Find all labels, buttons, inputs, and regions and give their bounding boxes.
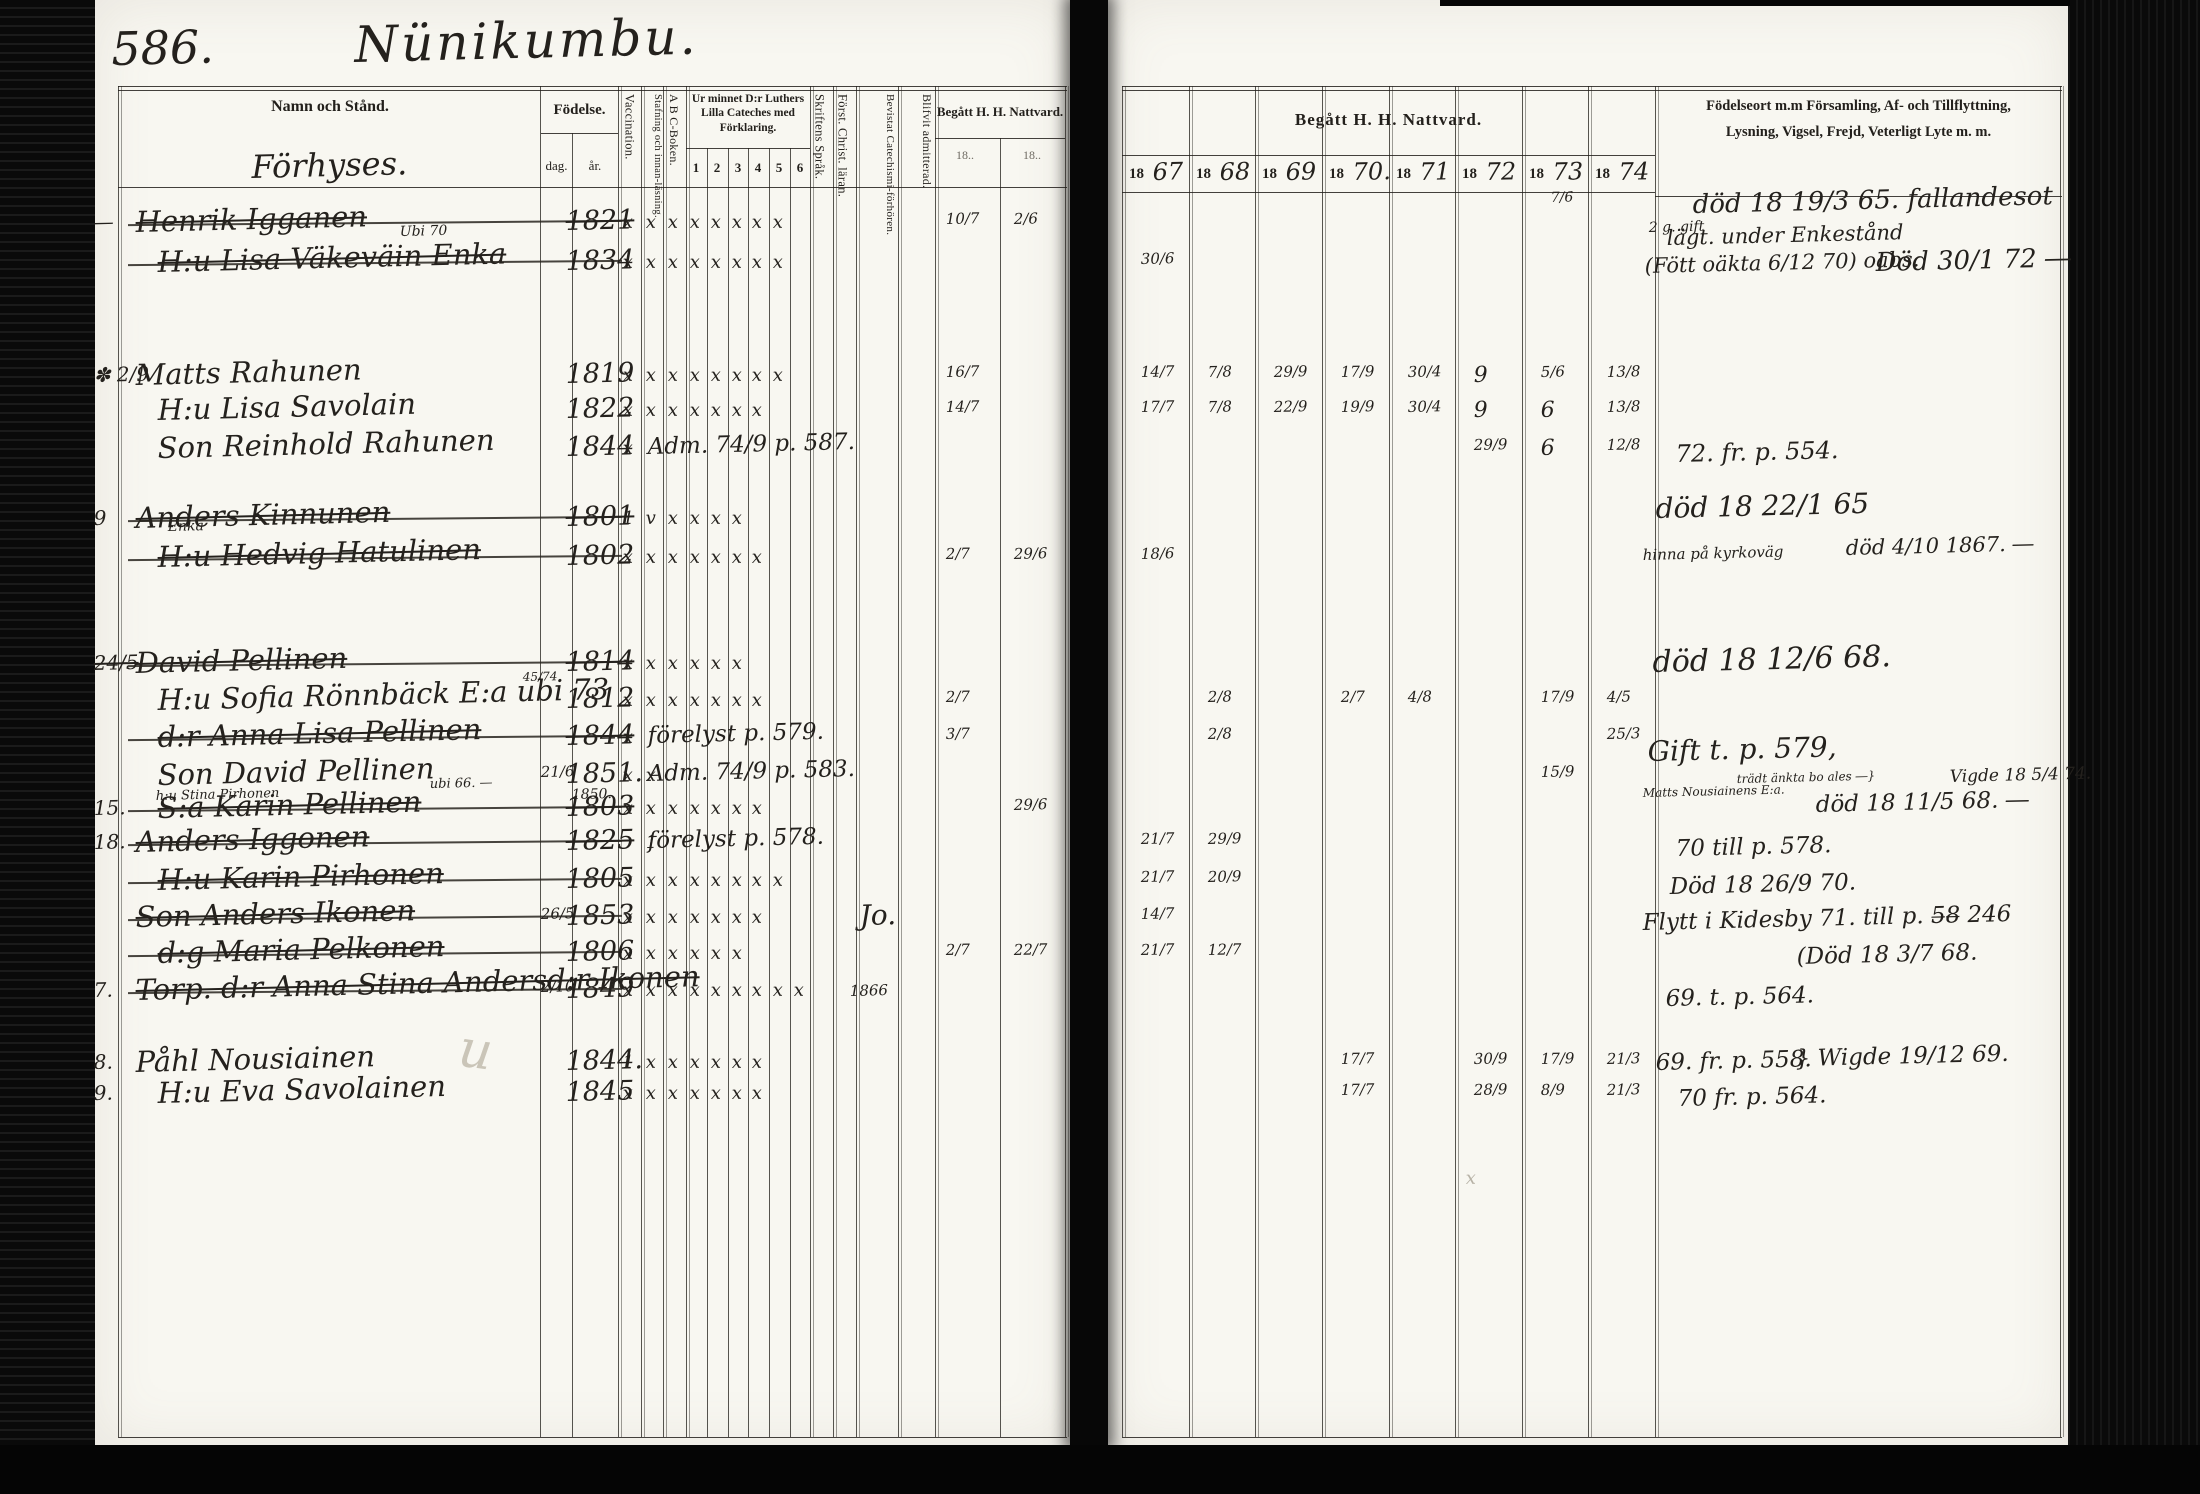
grid-line [1122,192,1655,193]
check-mark: x [751,907,762,928]
annotation-note: } Wigde 19/12 69. [1795,1041,2009,1072]
catechism-col-number: 3 [732,160,744,176]
check-mark: x [667,252,678,273]
check-mark: x [667,907,678,928]
communion-date: 2/7 [946,687,971,706]
check-mark: x [710,1052,721,1073]
check-mark: 1 [622,508,634,529]
entry-above-note: Enka [168,518,204,535]
grid-line [1588,86,1589,1437]
check-mark: x [710,690,721,711]
annotation-note: 69. t. p. 564. [1665,982,1814,1012]
check-mark: x [622,798,633,819]
communion-date: 29/6 [1014,795,1048,814]
check-mark: x [710,212,721,233]
communion-date: 21/3 [1607,1049,1641,1068]
entry-name: S:a Karin Pellinen [157,785,422,825]
check-mark: x [731,870,742,891]
communion-date: 30/4 [1408,362,1442,381]
year-header-handwritten: 67 [1152,157,1183,186]
stray-mark: x [1465,1168,1476,1189]
check-mark: x [710,870,721,891]
check-mark: x [772,252,783,273]
check-mark: x [772,870,783,891]
check-mark: x [622,870,633,891]
communion-date: 21/7 [1141,829,1175,848]
communion-date: 17/9 [1541,687,1575,706]
header-abc-book: A B C-Boken. [666,94,680,184]
margin-number: 24/5 [93,650,138,675]
communion-date: 9 [1473,398,1488,423]
book-gutter [1070,0,1108,1445]
check-mark: x [622,727,633,748]
check-mark: x [731,547,742,568]
entry-name: d:g Maria Pelkonen [157,929,445,970]
check-mark: x [622,365,633,386]
grid-line [686,148,810,149]
communion-date: 15/9 [1541,762,1575,781]
communion-date: 13/8 [1607,362,1641,381]
grid-line [707,148,708,1437]
grid-line [1389,86,1390,1437]
grid-line [1122,155,1655,156]
header-admitted: Blifvit admitterad. [903,94,933,198]
check-mark: x [667,365,678,386]
communion-date: 29/6 [1014,544,1048,563]
communion-date: 8/9 [1541,1080,1566,1099]
communion-date: 17/7 [1141,397,1175,416]
check-mark: x [710,980,721,1001]
annotation-note: hinna på kyrkoväg [1643,543,1784,564]
entry-name: Henrik Igganen [135,199,367,239]
scanned-parish-register: 586. Nünikumbu. Förhyses. Namn och Stånd… [0,0,2200,1494]
check-mark: x [645,547,656,568]
check-mark: x [710,547,721,568]
communion-date: 14/7 [1141,904,1175,923]
check-mark: x [751,798,762,819]
check-mark: x [622,1083,633,1104]
header-birth: Födelse. [541,102,618,119]
check-mark: x [689,690,700,711]
annotation-note: 69. fr. p. 558. [1655,1046,1812,1076]
check-mark: x [751,365,762,386]
check-mark: x [731,798,742,819]
grid-line [935,138,1065,139]
year-header-printed: 18 [1462,166,1477,183]
grid-line [1065,86,1066,1437]
check-mark: x [622,400,633,421]
check-mark: x [710,252,721,273]
check-mark: x [689,400,700,421]
grid-line [118,86,119,1437]
check-mark: x [645,400,656,421]
communion-date: 29/9 [1474,435,1508,454]
catechism-col-number: 1 [690,160,702,176]
header-communion-left: Begått H. H. Nattvard. [935,104,1065,120]
header-vaccination: Vaccination. [622,94,636,184]
attended-note: Jo. [859,898,896,932]
check-mark: x [793,980,804,1001]
communion-date: 22/9 [1274,397,1308,416]
grid-line [769,148,770,1437]
check-mark: x [710,365,721,386]
grid-line [1522,86,1523,1437]
check-mark: x [622,765,633,786]
entry-name: Son Anders Ikonen [135,893,415,934]
communion-date: 21/7 [1141,940,1175,959]
check-mark: x [710,400,721,421]
annotation-note: (Död 18 3/7 68. [1796,940,1977,970]
communion-date: 2/7 [946,940,971,959]
grid-line [856,86,857,1437]
communion-date: 10/7 [946,209,980,228]
communion-left-year: 18.. [1012,148,1052,163]
check-mark: x [645,212,656,233]
catechism-col-number: 2 [711,160,723,176]
communion-date: 18/6 [1141,544,1175,563]
year-header-printed: 18 [1129,166,1144,183]
check-mark: x [710,798,721,819]
annotation-note: död 18 22/1 65 [1655,487,1869,525]
communion-date: 20/9 [1208,867,1242,886]
check-mark: x [622,907,633,928]
catechism-note: Adm. 74/9 p. 583. [647,756,855,787]
grid-line [1255,86,1256,1437]
communion-date: 3/7 [946,724,971,743]
annotation-note: 70 fr. p. 564. [1677,1082,1826,1112]
grid-line [541,133,618,134]
grid-line [1000,138,1001,1437]
grid-line [540,86,541,1437]
communion-date: 17/9 [1541,1049,1575,1068]
year-header-handwritten: 70. [1352,157,1391,186]
margin-number: — [93,210,114,234]
margin-number: 9. [93,1081,113,1105]
grid-line [1189,86,1190,1437]
annotation-note: Gift t. p. 579, [1647,730,1837,768]
check-mark: x [731,365,742,386]
check-mark: x [731,907,742,928]
check-mark: x [731,212,742,233]
year-header-printed: 18 [1396,166,1411,183]
communion-date: 28/9 [1474,1080,1508,1099]
check-mark: x [689,798,700,819]
communion-date: 2/8 [1208,687,1233,706]
header-spelling: Stafning och innan-läsning. [642,94,663,182]
tiny-before-year: 45/74 [523,669,558,684]
grid-line [2060,86,2061,1437]
check-mark: x [710,943,721,964]
check-mark: x [667,1083,678,1104]
check-mark: x [645,980,656,1001]
grid-line [898,86,899,1437]
header-name-col: Namn och Stånd. [180,98,480,116]
year-header-printed: 18 [1262,166,1277,183]
check-mark: x [689,653,700,674]
year-header-subnote: 7/6 [1551,189,1574,206]
annotation-note: Död 18 26/9 70. [1669,869,1856,900]
communion-date: 29/9 [1208,829,1242,848]
check-mark: x [689,870,700,891]
admitted-note: 1866 [850,981,889,1000]
check-mark: x [731,690,742,711]
grid-line [118,187,1067,188]
communion-left-year: 18.. [945,148,985,163]
check-mark: x [731,653,742,674]
catechism-col-number: 5 [773,160,785,176]
check-mark: x [689,1052,700,1073]
communion-date: 30/9 [1474,1049,1508,1068]
year-header-printed: 18 [1196,166,1211,183]
check-mark: x [689,212,700,233]
communion-date: 4/8 [1408,687,1433,706]
annotation-note: död 4/10 1867. ― [1845,531,2033,560]
entry-name: Anders Iggonen [135,819,370,859]
check-mark: x [710,907,721,928]
scan-right-edge [2068,0,2200,1494]
communion-date: 9 [1473,363,1488,388]
check-mark: x [622,980,633,1001]
year-header-handwritten: 73 [1552,157,1583,186]
check-mark: x [772,365,783,386]
check-mark: x [667,798,678,819]
entry-name: H:u Karin Pirhonen [157,856,444,897]
check-mark: x [731,508,742,529]
year-header-handwritten: 74 [1618,157,1649,186]
annotation-note: död 18 11/5 68. ― [1815,787,2029,818]
check-mark: x [751,980,762,1001]
annotation-note: Vigde 18 5/4 74. [1950,764,2092,787]
catechism-col-number: 4 [752,160,764,176]
check-mark: x [731,980,742,1001]
check-mark: x [772,980,783,1001]
check-mark: x [689,980,700,1001]
check-mark: x [645,1052,656,1073]
check-mark: x [689,365,700,386]
catechism-col-number: 6 [794,160,806,176]
header-destination-line1: Födelseort m.m Församling, Af- och Tillf… [1655,98,2062,115]
margin-number: 9 [93,506,106,530]
check-mark: x [645,798,656,819]
communion-date: 19/9 [1341,397,1375,416]
birth-year-value: 1825 [565,824,634,857]
check-mark: x [689,547,700,568]
page-title: Nünikumbu. [354,8,699,74]
check-mark: x [731,1052,742,1073]
check-mark: x [645,690,656,711]
check-mark: x [772,212,783,233]
communion-date: 17/7 [1341,1080,1375,1099]
communion-date: 22/7 [1014,940,1048,959]
margin-number: 8. [93,1050,113,1074]
check-mark: x [731,943,742,964]
check-mark: x [645,870,656,891]
check-mark: x [645,365,656,386]
check-mark: x [751,400,762,421]
check-mark: v [645,508,656,529]
communion-date: 21/3 [1607,1080,1641,1099]
annotation-note: 72. fr. p. 554. [1675,436,1838,468]
check-mark: x [689,252,700,273]
check-mark: x [667,653,678,674]
header-birth-year: år. [574,158,616,174]
check-mark: x [622,547,633,568]
check-mark: 1 [622,1052,634,1073]
grid-line [1455,86,1456,1437]
communion-date: 30/4 [1408,397,1442,416]
grid-line [1122,1437,2062,1438]
check-mark: x [751,212,762,233]
check-mark: x [622,212,633,233]
communion-date: 21/7 [1141,867,1175,886]
scan-top-edge [1440,0,2070,6]
year-header-handwritten: 69 [1285,157,1316,186]
communion-date: 14/7 [1141,362,1175,381]
check-mark: x [751,1052,762,1073]
scan-bottom-edge [0,1445,2200,1494]
check-mark: x [751,690,762,711]
annotation-note: 70 till p. 578. [1675,832,1831,862]
annotation-note: död 18 12/6 68. [1652,639,1891,680]
catechism-note: förelyst p. 579. [647,719,824,749]
communion-date: 30/6 [1141,249,1175,268]
check-mark: x [667,870,678,891]
annotation-note: Död 30/1 72 ― [1875,243,2071,278]
header-destination-line2: Lysning, Vigsel, Frejd, Veterligt Lyte m… [1655,124,2062,141]
communion-date: 2/8 [1208,724,1233,743]
header-attended: Bevistat Catechismi-förhören. [860,94,896,198]
check-mark: x [645,252,656,273]
year-header-handwritten: 72 [1485,157,1516,186]
catechism-note: Adm. 74/9 p. 587. [647,429,855,460]
grid-line [118,86,1067,87]
communion-date: 2/6 [1014,209,1039,228]
entry-subnote: ubi 66. — [430,775,493,792]
check-mark: x [667,400,678,421]
check-mark: x [689,508,700,529]
communion-date: 6 [1540,436,1555,461]
communion-date: 7/8 [1208,397,1233,416]
grid-line [748,148,749,1437]
check-mark: x [689,1083,700,1104]
check-mark: x [751,252,762,273]
check-mark: x [645,1083,656,1104]
communion-date: 12/8 [1607,435,1641,454]
grid-line [1122,86,2062,87]
grid-line [790,148,791,1437]
communion-date: 25/3 [1607,724,1641,743]
check-mark: x [667,508,678,529]
right-page [1106,0,2068,1445]
check-mark: x [751,1083,762,1104]
communion-date: 12/7 [1208,940,1242,959]
section-heading: Förhyses. [251,144,408,186]
communion-date: 17/7 [1341,1049,1375,1068]
header-birth-day: dag. [541,158,572,174]
check-mark: x [645,907,656,928]
check-mark: x [751,870,762,891]
grid-line [118,90,1067,91]
communion-date: 17/9 [1341,362,1375,381]
check-mark: x [689,907,700,928]
check-mark: x [622,438,633,459]
margin-number: 15. [93,795,125,820]
margin-number: 18. [93,829,125,854]
check-mark: x [710,1083,721,1104]
communion-date: 14/7 [946,397,980,416]
year-header-handwritten: 71 [1419,157,1450,186]
page-number: 586. [111,20,215,76]
communion-date: 6 [1540,398,1555,423]
check-mark: x [667,547,678,568]
check-mark: x [731,1083,742,1104]
check-mark: x [622,690,633,711]
communion-date: 2/7 [1341,687,1366,706]
year-header-handwritten: 68 [1219,157,1250,186]
grid-line [728,148,729,1437]
check-mark: x [645,653,656,674]
grid-line [1322,86,1323,1437]
header-catechism: Ur minnet D:r Luthers Lilla Cateches med… [687,92,809,135]
entry-name: David Pellinen [135,641,347,680]
entry-name: Matts Rahunen [135,352,362,392]
check-mark: x [667,212,678,233]
year-header-printed: 18 [1595,166,1610,183]
entry-name: H:u Eva Savolainen [157,1069,446,1110]
check-mark: x [667,1052,678,1073]
communion-date: 2/7 [946,544,971,563]
grid-line [118,1437,1067,1438]
year-header-printed: 18 [1529,166,1544,183]
scan-left-edge [0,0,95,1494]
entry-above-note: Ubi 70 [400,223,448,240]
communion-date: 29/9 [1274,362,1308,381]
communion-date: 16/7 [946,362,980,381]
check-mark: x [622,252,633,273]
year-header-printed: 18 [1329,166,1344,183]
communion-date: 7/8 [1208,362,1233,381]
grid-line [935,86,936,1437]
check-mark: x [667,980,678,1001]
check-mark: x [667,690,678,711]
check-mark: x [622,653,633,674]
communion-date: 4/5 [1607,687,1632,706]
grid-line [1122,86,1123,1437]
check-mark: x [751,547,762,568]
check-mark: x [731,400,742,421]
grid-line [1122,90,2062,91]
communion-date: 13/8 [1607,397,1641,416]
check-mark: x [710,508,721,529]
check-mark: x [710,653,721,674]
communion-date: 5/6 [1541,362,1566,381]
catechism-note: förelyst p. 578. [647,824,824,854]
margin-number: 7. [93,978,113,1002]
entry-name: H:u Lisa Savolain [157,387,416,427]
check-mark: x [731,252,742,273]
